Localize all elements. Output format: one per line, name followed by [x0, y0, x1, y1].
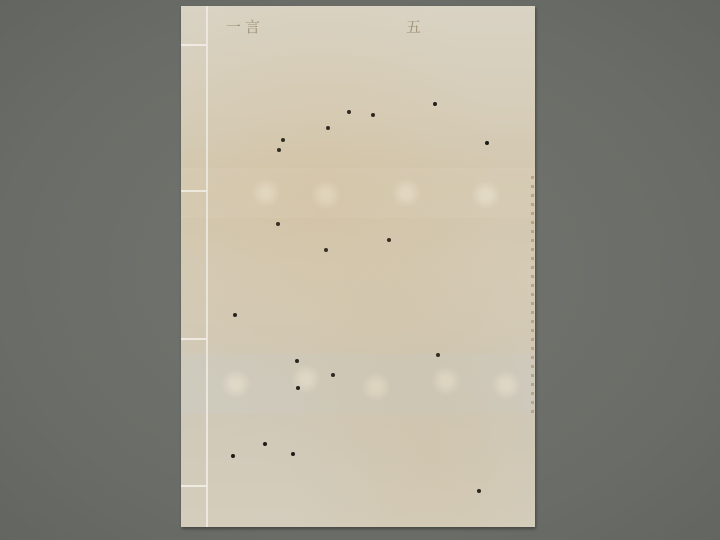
- binding-stitch: [181, 190, 207, 192]
- wormhole: [433, 102, 437, 106]
- wormhole: [295, 359, 299, 363]
- wormhole: [436, 353, 440, 357]
- wormhole: [371, 113, 375, 117]
- binding-stitch: [181, 44, 207, 46]
- flower-pattern: [251, 178, 281, 208]
- flower-pattern: [311, 180, 341, 210]
- flower-pattern: [391, 178, 421, 208]
- title-label-right: 五: [406, 16, 425, 37]
- wormhole: [233, 313, 237, 317]
- wormhole: [326, 126, 330, 130]
- binding-stitch: [181, 338, 207, 340]
- floral-band-bottom: [181, 354, 535, 414]
- wormhole: [331, 373, 335, 377]
- wormhole: [387, 238, 391, 242]
- title-label-left: 一言: [226, 16, 264, 37]
- flower-pattern: [491, 370, 521, 400]
- wormhole: [231, 454, 235, 458]
- wormhole: [281, 138, 285, 142]
- wormhole: [276, 222, 280, 226]
- wormhole: [263, 442, 267, 446]
- wormhole: [347, 110, 351, 114]
- wormhole: [291, 452, 295, 456]
- binding-spine-thread: [206, 6, 208, 527]
- book-cover: 一言 五: [181, 6, 535, 527]
- flower-pattern: [431, 366, 461, 396]
- wormhole: [296, 386, 300, 390]
- wormhole: [477, 489, 481, 493]
- wormhole: [324, 248, 328, 252]
- edge-wear: [531, 176, 534, 416]
- wormhole: [277, 148, 281, 152]
- flower-pattern: [361, 372, 391, 402]
- binding-stitch: [181, 485, 207, 487]
- flower-pattern: [471, 180, 501, 210]
- flower-pattern: [221, 369, 251, 399]
- wormhole: [485, 141, 489, 145]
- floral-band-top: [181, 168, 535, 218]
- flower-pattern: [291, 364, 321, 394]
